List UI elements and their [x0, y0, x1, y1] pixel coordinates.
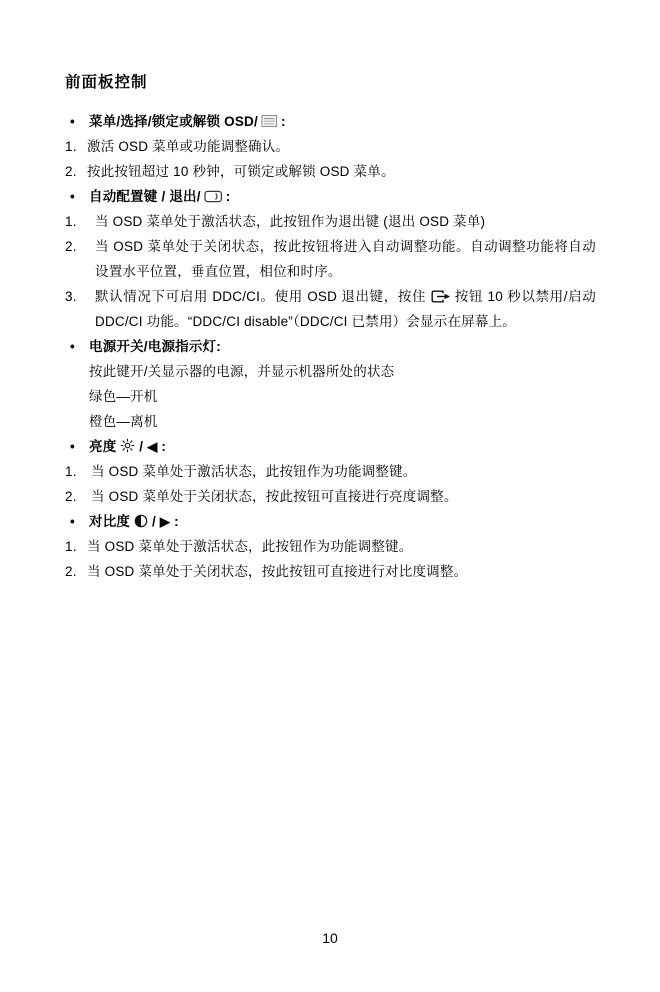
- section-contrast-heading: 对比度 / ▶ :: [89, 509, 596, 534]
- bullet-marker: •: [65, 109, 89, 134]
- menu-heading-colon: :: [281, 114, 286, 129]
- brightness-heading-colon: :: [157, 439, 166, 454]
- item-number: 3.: [65, 284, 95, 334]
- exit-arrow-icon: [431, 290, 451, 303]
- power-line-green: 绿色—开机: [65, 384, 596, 409]
- item-text: 当 OSD 菜单处于激活状态，此按钮作为功能调整键。: [91, 459, 596, 484]
- power-line-1: 按此键开/关显示器的电源，并显示机器所处的状态: [65, 359, 596, 384]
- menu-heading-text: 菜单/选择/锁定或解锁 OSD/: [89, 114, 258, 129]
- section-menu-heading: 菜单/选择/锁定或解锁 OSD/:: [89, 109, 596, 134]
- page-content: 前面板控制 • 菜单/选择/锁定或解锁 OSD/: 1. 激活 OSD 菜单或功…: [65, 70, 596, 584]
- section-power-heading-row: • 电源开关/电源指示灯:: [65, 334, 596, 359]
- bullet-marker: •: [65, 434, 89, 459]
- item-number: 2.: [65, 559, 87, 584]
- ddcci-text-before: 默认情况下可启用 DDC/CI。使用 OSD 退出键，按住: [95, 289, 431, 304]
- auto-item-2: 2. 当 OSD 菜单处于关闭状态，按此按钮将进入自动调整功能。自动调整功能将自…: [65, 234, 596, 284]
- item-text: 激活 OSD 菜单或功能调整确认。: [87, 134, 596, 159]
- bullet-marker: •: [65, 509, 89, 534]
- section-auto-heading: 自动配置键 / 退出/:: [89, 184, 596, 209]
- item-number: 2.: [65, 234, 95, 284]
- item-number: 1.: [65, 134, 87, 159]
- brightness-heading-text: 亮度: [89, 439, 116, 454]
- item-number: 1.: [65, 209, 95, 234]
- left-arrow-glyph: ◀: [147, 439, 157, 454]
- page-number: 10: [0, 926, 660, 951]
- page-title: 前面板控制: [65, 70, 596, 95]
- brightness-heading-sep: /: [135, 439, 147, 454]
- contrast-heading-sep: /: [148, 514, 160, 529]
- item-number: 2.: [65, 484, 91, 509]
- bullet-marker: •: [65, 334, 89, 359]
- item-text: 当 OSD 菜单处于关闭状态，按此按钮将进入自动调整功能。自动调整功能将自动设置…: [95, 234, 596, 284]
- item-number: 1.: [65, 459, 91, 484]
- contrast-heading-text: 对比度: [89, 514, 130, 529]
- right-arrow-glyph: ▶: [160, 514, 170, 529]
- item-text: 默认情况下可启用 DDC/CI。使用 OSD 退出键，按住 按钮 10 秒以禁用…: [95, 284, 596, 334]
- menu-item-2: 2. 按此按钮超过 10 秒钟，可锁定或解锁 OSD 菜单。: [65, 159, 596, 184]
- section-power-heading: 电源开关/电源指示灯:: [89, 334, 596, 359]
- auto-heading-colon: :: [226, 189, 231, 204]
- item-text: 当 OSD 菜单处于激活状态，此按钮作为退出键 (退出 OSD 菜单): [95, 209, 596, 234]
- item-text: 当 OSD 菜单处于激活状态，此按钮作为功能调整键。: [87, 534, 596, 559]
- menu-item-1: 1. 激活 OSD 菜单或功能调整确认。: [65, 134, 596, 159]
- contrast-half-circle-icon: [134, 514, 148, 528]
- contrast-item-2: 2. 当 OSD 菜单处于关闭状态，按此按钮可直接进行对比度调整。: [65, 559, 596, 584]
- document-page: 前面板控制 • 菜单/选择/锁定或解锁 OSD/: 1. 激活 OSD 菜单或功…: [0, 0, 660, 992]
- section-auto-heading-row: • 自动配置键 / 退出/:: [65, 184, 596, 209]
- contrast-heading-colon: :: [170, 514, 179, 529]
- auto-exit-key-icon: [204, 190, 223, 203]
- brightness-item-1: 1. 当 OSD 菜单处于激活状态，此按钮作为功能调整键。: [65, 459, 596, 484]
- item-number: 2.: [65, 159, 87, 184]
- item-text: 当 OSD 菜单处于关闭状态，按此按钮可直接进行对比度调整。: [87, 559, 596, 584]
- section-contrast-heading-row: • 对比度 / ▶ :: [65, 509, 596, 534]
- bullet-marker: •: [65, 184, 89, 209]
- item-number: 1.: [65, 534, 87, 559]
- power-line-orange: 橙色—离机: [65, 409, 596, 434]
- item-text: 当 OSD 菜单处于关闭状态，按此按钮可直接进行亮度调整。: [91, 484, 596, 509]
- section-brightness-heading: 亮度 / ◀ :: [89, 434, 596, 459]
- section-brightness-heading-row: • 亮度 / ◀ :: [65, 434, 596, 459]
- item-text: 按此按钮超过 10 秒钟，可锁定或解锁 OSD 菜单。: [87, 159, 596, 184]
- section-menu-heading-row: • 菜单/选择/锁定或解锁 OSD/:: [65, 109, 596, 134]
- contrast-item-1: 1. 当 OSD 菜单处于激活状态，此按钮作为功能调整键。: [65, 534, 596, 559]
- auto-item-1: 1. 当 OSD 菜单处于激活状态，此按钮作为退出键 (退出 OSD 菜单): [65, 209, 596, 234]
- auto-item-3: 3. 默认情况下可启用 DDC/CI。使用 OSD 退出键，按住 按钮 10 秒…: [65, 284, 596, 334]
- brightness-item-2: 2. 当 OSD 菜单处于关闭状态，按此按钮可直接进行亮度调整。: [65, 484, 596, 509]
- brightness-sun-icon: [120, 438, 135, 453]
- osd-menu-lines-icon: [261, 114, 278, 128]
- auto-heading-text: 自动配置键 / 退出/: [89, 189, 201, 204]
